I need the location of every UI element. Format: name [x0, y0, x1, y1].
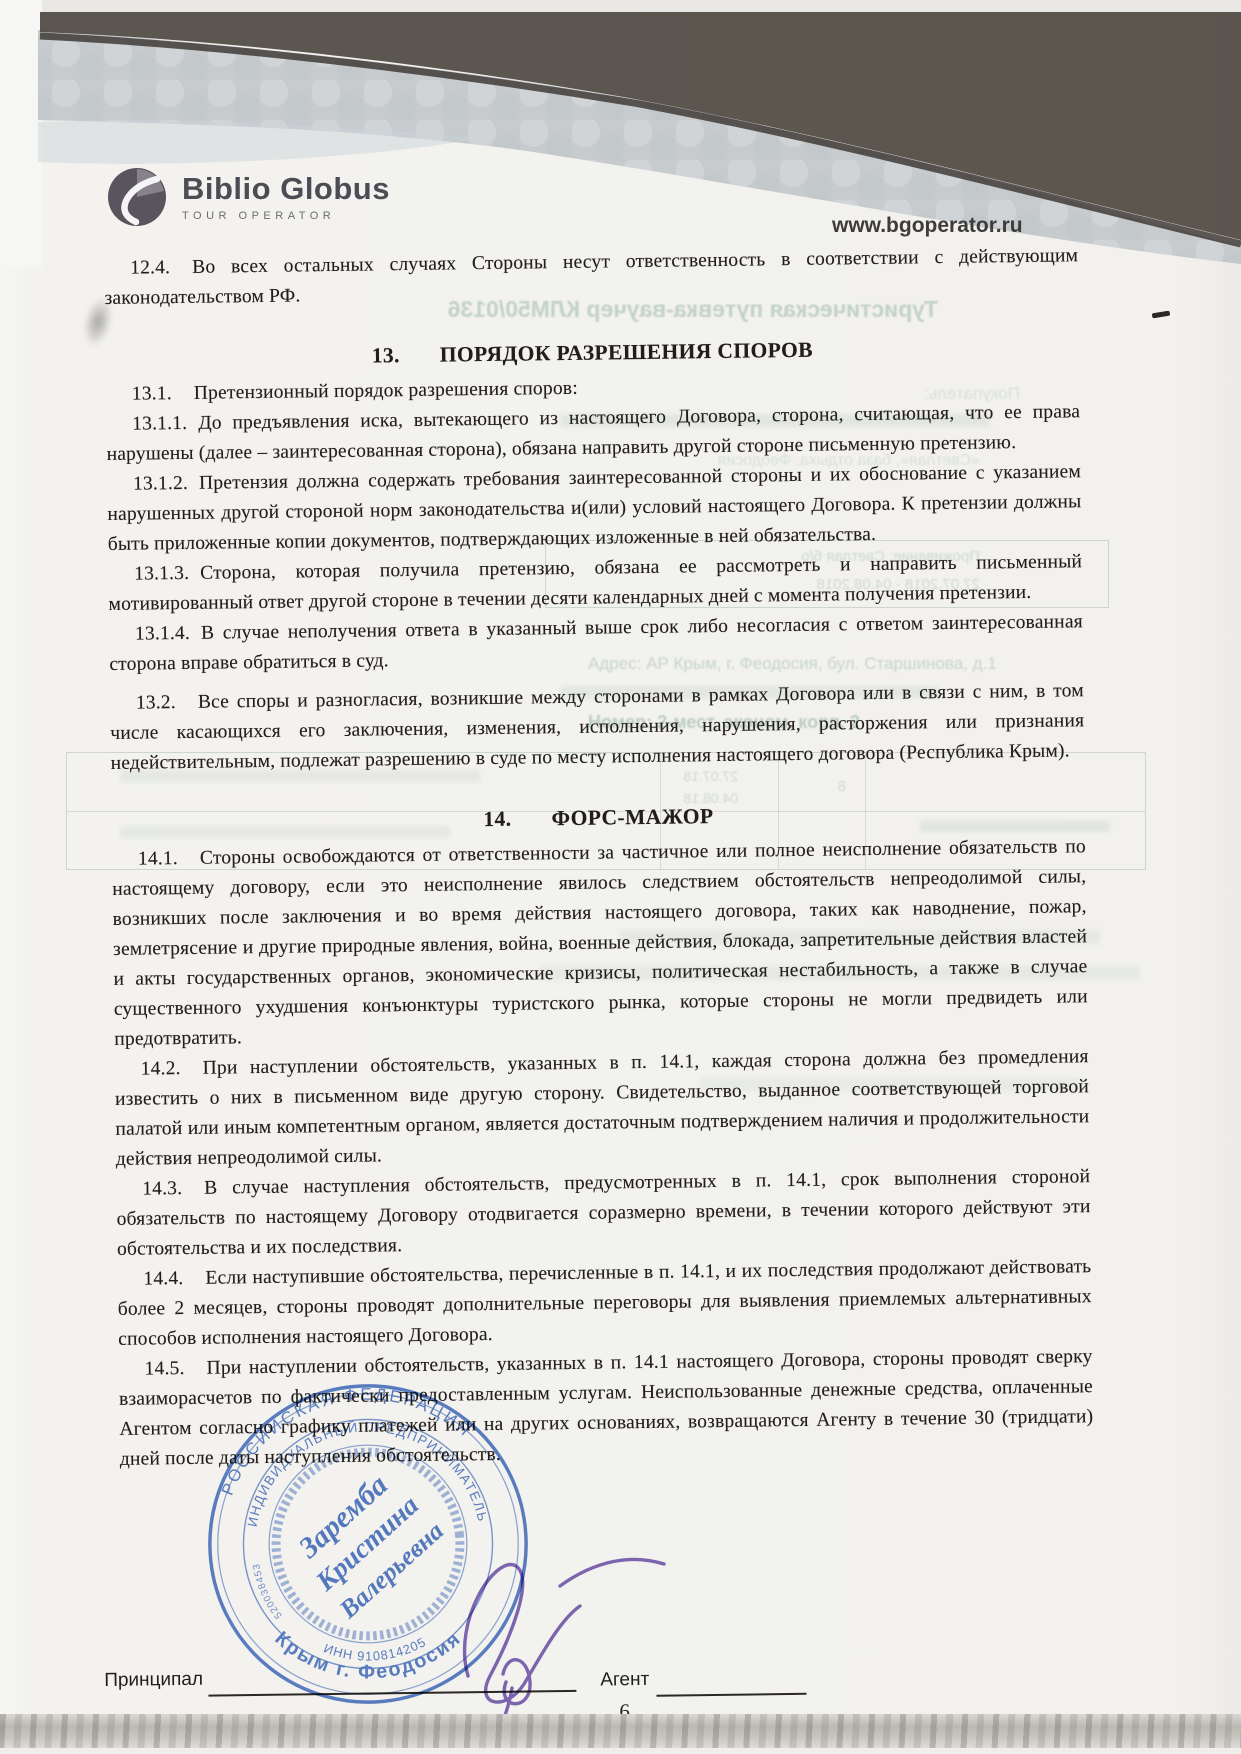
paragraph-text: В случае неполучения ответа в указанный …	[109, 611, 1083, 675]
pen-dash-artifact	[1152, 311, 1171, 319]
paragraph-text: Если наступившие обстоятельства, перечис…	[118, 1256, 1092, 1350]
paragraph-number: 14.5.	[144, 1358, 184, 1380]
paragraph-number: 13.2.	[136, 692, 176, 714]
paragraph-text: Стороны освобождаются от ответственности…	[112, 836, 1088, 1050]
section-13-heading: 13.ПОРЯДОК РАЗРЕШЕНИЯ СПОРОВ	[105, 331, 1079, 374]
paragraph-text: При наступлении обстоятельств, указанных…	[115, 1046, 1090, 1170]
scan-edge-band	[0, 1714, 1241, 1750]
paragraph-14-3: 14.3.В случае наступления обстоятельств,…	[116, 1162, 1091, 1265]
handwritten-signature	[408, 1524, 678, 1724]
section-title: ПОРЯДОК РАЗРЕШЕНИЯ СПОРОВ	[440, 338, 813, 367]
contract-body: 12.4.Во всех остальных случаях Стороны н…	[104, 241, 1094, 1475]
scan-edge-strip	[0, 1748, 1241, 1754]
section-title: ФОРС-МАЖОР	[551, 804, 713, 830]
paragraph-14-4: 14.4.Если наступившие обстоятельства, пе…	[117, 1252, 1092, 1355]
paragraph-text: Сторона, которая получила претензию, обя…	[108, 551, 1082, 615]
section-14-heading: 14.ФОРС-МАЖОР	[111, 796, 1085, 839]
logo-subtitle: TOUR OPERATOR	[182, 210, 390, 222]
paragraph-text: В случае наступления обстоятельств, пред…	[117, 1166, 1091, 1260]
paragraph-number: 13.1.	[132, 383, 172, 405]
paragraph-number: 13.1.4.	[135, 623, 190, 645]
paragraph-number: 13.1.1.	[132, 413, 187, 435]
paragraph-13-2: 13.2.Все споры и разногласия, возникшие …	[110, 676, 1085, 779]
paragraph-12-4: 12.4.Во всех остальных случаях Стороны н…	[104, 241, 1079, 314]
biblio-globus-logo-icon	[106, 166, 168, 228]
section-number: 14.	[483, 807, 511, 831]
paragraph-number: 13.1.2.	[133, 473, 188, 495]
paragraph-13-1-4: 13.1.4.В случае неполучения ответа в ука…	[109, 607, 1084, 680]
paragraph-text: До предъявления иска, вытекающего из нас…	[106, 401, 1080, 465]
paragraph-text: Претензия должна содержать требования за…	[107, 461, 1081, 555]
website-url: www.bgoperator.ru	[832, 214, 1023, 238]
paragraph-number: 14.3.	[142, 1178, 182, 1200]
scanned-contract-page: { "header": { "logo": { "title": "Biblio…	[0, 0, 1241, 1754]
paragraph-text: Все споры и разногласия, возникшие между…	[110, 680, 1084, 774]
paragraph-number: 14.2.	[141, 1058, 181, 1080]
section-number: 13.	[372, 343, 400, 367]
paragraph-number: 14.4.	[143, 1268, 183, 1290]
logo-title: Biblio Globus	[182, 173, 390, 204]
paragraph-text: Претензионный порядок разрешения споров:	[194, 378, 578, 404]
paragraph-14-2: 14.2.При наступлении обстоятельств, указ…	[114, 1042, 1089, 1175]
biblio-globus-logo: Biblio Globus TOUR OPERATOR	[106, 166, 390, 228]
paragraph-number: 12.4.	[130, 257, 170, 279]
paragraph-text: Во всех остальных случаях Стороны несут …	[104, 245, 1078, 309]
agent-signature-line	[656, 1663, 806, 1697]
paragraph-13-1-2: 13.1.2.Претензия должна содержать требов…	[107, 457, 1082, 560]
paragraph-number: 14.1.	[138, 848, 178, 870]
principal-label: Принципал	[104, 1669, 203, 1692]
paragraph-number: 13.1.3.	[134, 563, 189, 585]
paragraph-14-1: 14.1.Стороны освобождаются от ответствен…	[112, 832, 1089, 1055]
